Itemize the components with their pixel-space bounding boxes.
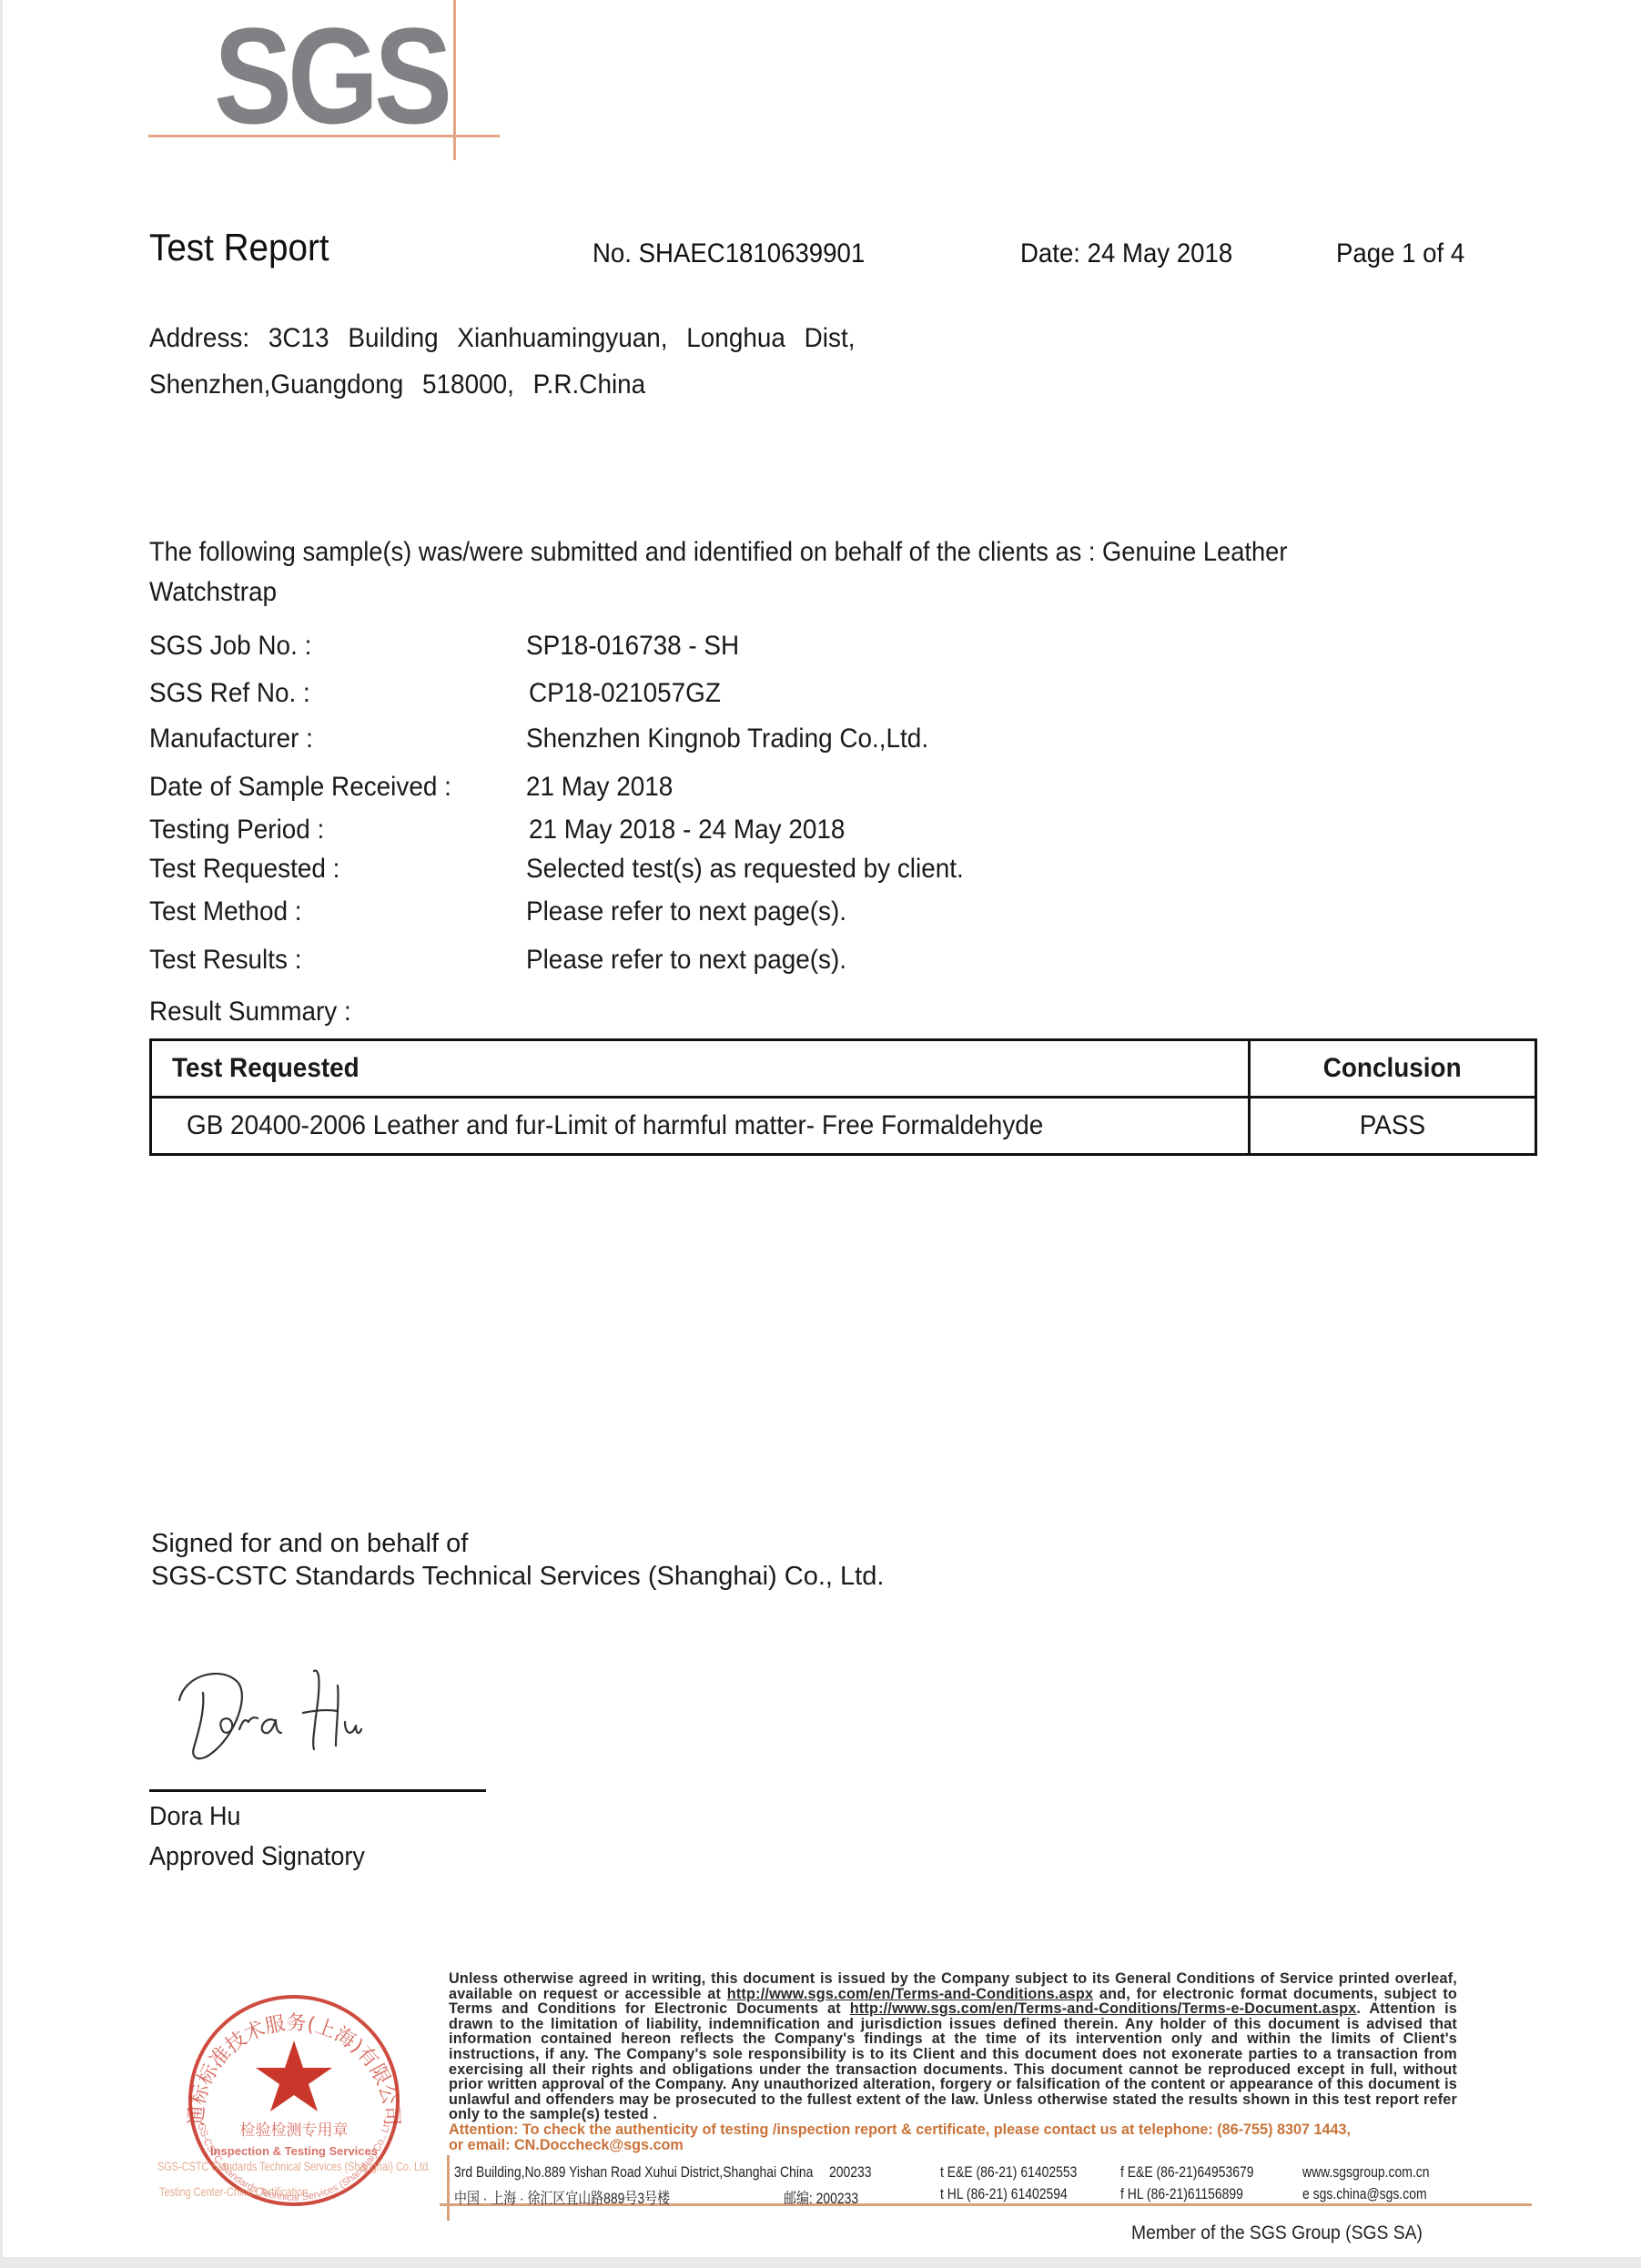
postcode-english: 200233 xyxy=(829,2163,872,2182)
column-header-test-requested: Test Requested xyxy=(151,1040,1250,1098)
logo-horizontal-rule xyxy=(148,135,500,137)
fax-ee: f E&E (86-21)64953679 xyxy=(1120,2163,1253,2182)
signatory-title: Approved Signatory xyxy=(149,1842,365,1872)
field-value-job-no: SP18-016738 - SH xyxy=(526,631,739,662)
field-label-manufacturer: Manufacturer : xyxy=(149,724,313,754)
svg-text:检验检测专用章: 检验检测专用章 xyxy=(240,2121,349,2140)
field-label-test-results: Test Results : xyxy=(149,945,301,976)
star-icon xyxy=(256,2040,332,2111)
doccheck-email-link[interactable]: or email: CN.Doccheck@sgs.com xyxy=(449,2138,1457,2153)
report-date: Date: 24 May 2018 xyxy=(1020,238,1232,269)
address-english: 3rd Building,No.889 Yishan Road Xuhui Di… xyxy=(454,2163,813,2182)
email-link[interactable]: e sgs.china@sgs.com xyxy=(1302,2185,1427,2203)
signed-for-text: Signed for and on behalf of xyxy=(151,1529,468,1559)
website-link[interactable]: www.sgsgroup.com.cn xyxy=(1302,2163,1429,2182)
result-summary-label: Result Summary : xyxy=(149,997,351,1028)
field-label-test-requested: Test Requested : xyxy=(149,854,339,885)
fax-hl: f HL (86-21)61156899 xyxy=(1120,2185,1243,2203)
field-label-ref-no: SGS Ref No. : xyxy=(149,678,310,709)
report-title: Test Report xyxy=(149,226,329,269)
field-value-test-method: Please refer to next page(s). xyxy=(526,896,846,927)
field-label-testing-period: Testing Period : xyxy=(149,815,324,845)
field-value-testing-period: 21 May 2018 - 24 May 2018 xyxy=(529,815,845,845)
sgs-group-membership: Member of the SGS Group (SGS SA) xyxy=(1131,2222,1423,2244)
field-value-ref-no: CP18-021057GZ xyxy=(529,678,721,709)
field-label-test-method: Test Method : xyxy=(149,896,301,927)
signatory-name: Dora Hu xyxy=(149,1802,240,1832)
address-line-2: Shenzhen,Guangdong 518000, P.R.China xyxy=(149,370,645,400)
logo-vertical-rule xyxy=(453,0,456,160)
sample-intro-line-1: The following sample(s) was/were submitt… xyxy=(149,537,1287,568)
address-chinese: 中国 · 上海 · 徐汇区宜山路889号3号楼 xyxy=(454,2185,670,2208)
page-bottom-margin xyxy=(0,2257,1641,2268)
stamp-caption-line-1: SGS-CSTC Standards Technical Services (S… xyxy=(157,2159,431,2173)
report-number: No. SHAEC1810639901 xyxy=(593,238,865,269)
field-value-manufacturer: Shenzhen Kingnob Trading Co.,Ltd. xyxy=(526,724,928,754)
report-page: SGS Test Report No. SHAEC1810639901 Date… xyxy=(3,0,1641,2257)
handwritten-signature xyxy=(167,1666,440,1770)
sample-intro-line-2: Watchstrap xyxy=(149,577,277,608)
field-label-job-no: SGS Job No. : xyxy=(149,631,311,662)
signing-company: SGS-CSTC Standards Technical Services (S… xyxy=(151,1562,884,1592)
stamp-caption-line-2: Testing Center-China Certification xyxy=(159,2184,308,2199)
terms-e-document-link[interactable]: http://www.sgs.com/en/Terms-and-Conditio… xyxy=(850,2000,1357,2017)
field-value-test-results: Please refer to next page(s). xyxy=(526,945,846,976)
table-header-row: Test Requested Conclusion xyxy=(151,1040,1536,1098)
svg-text:Inspection & Testing Services: Inspection & Testing Services xyxy=(210,2144,378,2158)
terms-conditions-link[interactable]: http://www.sgs.com/en/Terms-and-Conditio… xyxy=(727,1986,1093,2002)
result-summary-table: Test Requested Conclusion GB 20400-2006 … xyxy=(149,1038,1537,1156)
cell-conclusion-status: PASS xyxy=(1250,1098,1536,1155)
field-value-test-requested: Selected test(s) as requested by client. xyxy=(526,854,964,885)
footer-vertical-rule xyxy=(447,2155,450,2221)
phone-ee: t E&E (86-21) 61402553 xyxy=(940,2163,1077,2182)
field-value-date-received: 21 May 2018 xyxy=(526,772,673,803)
column-header-conclusion: Conclusion xyxy=(1250,1040,1536,1098)
postcode-chinese: 邮编: 200233 xyxy=(784,2185,858,2208)
authenticity-notice: Attention: To check the authenticity of … xyxy=(449,2122,1457,2152)
signature-line xyxy=(149,1789,486,1792)
phone-hl: t HL (86-21) 61402594 xyxy=(940,2185,1068,2203)
address-line-1: Address: 3C13 Building Xianhuamingyuan, … xyxy=(149,323,855,354)
legal-disclaimer: Unless otherwise agreed in writing, this… xyxy=(449,1971,1457,2122)
field-label-date-received: Date of Sample Received : xyxy=(149,772,451,803)
sgs-logo-text: SGS xyxy=(214,7,448,144)
cell-test-name: GB 20400-2006 Leather and fur-Limit of h… xyxy=(151,1098,1250,1155)
page-indicator: Page 1 of 4 xyxy=(1336,238,1464,269)
table-row: GB 20400-2006 Leather and fur-Limit of h… xyxy=(151,1098,1536,1155)
